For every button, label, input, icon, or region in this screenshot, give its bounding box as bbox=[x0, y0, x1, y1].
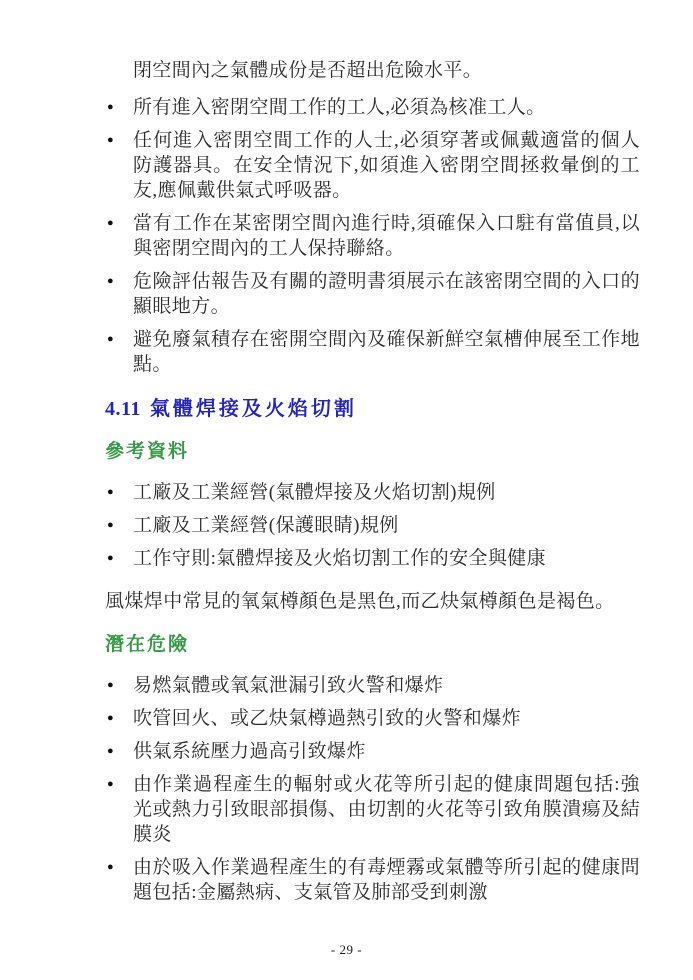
bullet-icon: ● bbox=[105, 546, 133, 571]
page-footer: - 29 - bbox=[0, 942, 693, 958]
bullet-text: 當有工作在某密閉空間內進行時,須確保入口駐有當值員,以與密閉空間內的工人保持聯絡… bbox=[133, 211, 640, 261]
bullet-icon: ● bbox=[105, 673, 133, 698]
bullet-item: ● 吹管回火、或乙炔氣樽過熱引致的火警和爆炸 bbox=[105, 706, 640, 731]
page-number: - 29 - bbox=[331, 942, 362, 957]
bullet-item: ● 危險評估報告及有關的證明書須展示在該密閉空間的入口的顯眼地方。 bbox=[105, 269, 640, 319]
bullet-text: 工廠及工業經營(保護眼睛)規例 bbox=[133, 513, 640, 538]
reference-heading: 參考資料 bbox=[105, 439, 640, 464]
bullet-text: 易燃氣體或氧氣泄漏引致火警和爆炸 bbox=[133, 673, 640, 698]
bullet-text: 由於吸入作業過程產生的有毒煙霧或氣體等所引起的健康問題包括:金屬熱病、支氣管及肺… bbox=[133, 855, 640, 905]
bullet-icon: ● bbox=[105, 739, 133, 764]
bullet-icon: ● bbox=[105, 211, 133, 236]
body-paragraph: 風煤焊中常見的氧氣樽顏色是黑色,而乙炔氣樽顏色是褐色。 bbox=[105, 589, 640, 614]
bullet-item: ● 所有進入密閉空間工作的工人,必須為核准工人。 bbox=[105, 95, 640, 120]
bullet-text: 任何進入密閉空間工作的人士,必須穿著或佩戴適當的個人防護器具。在安全情況下,如須… bbox=[133, 128, 640, 203]
hazards-heading: 潛在危險 bbox=[105, 632, 640, 657]
bullet-icon: ● bbox=[105, 327, 133, 352]
continuation-text: 閉空間內之氣體成份是否超出危險水平。 bbox=[105, 58, 640, 83]
bullet-text: 吹管回火、或乙炔氣樽過熱引致的火警和爆炸 bbox=[133, 706, 640, 731]
bullet-item: ● 工作守則:氣體焊接及火焰切割工作的安全與健康 bbox=[105, 546, 640, 571]
bullet-text: 工作守則:氣體焊接及火焰切割工作的安全與健康 bbox=[133, 546, 640, 571]
bullet-text: 工廠及工業經營(氣體焊接及火焰切割)規例 bbox=[133, 480, 640, 505]
section-title: 氣體焊接及火焰切割 bbox=[150, 398, 357, 420]
bullet-icon: ● bbox=[105, 772, 133, 797]
bullet-icon: ● bbox=[105, 855, 133, 880]
bullet-item: ● 易燃氣體或氧氣泄漏引致火警和爆炸 bbox=[105, 673, 640, 698]
bullet-item: ● 由作業過程產生的輻射或火花等所引起的健康問題包括:強光或熱力引致眼部損傷、由… bbox=[105, 772, 640, 847]
bullet-text: 供氣系統壓力過高引致爆炸 bbox=[133, 739, 640, 764]
bullet-icon: ● bbox=[105, 128, 133, 153]
bullet-text: 由作業過程產生的輻射或火花等所引起的健康問題包括:強光或熱力引致眼部損傷、由切割… bbox=[133, 772, 640, 847]
bullet-text: 所有進入密閉空間工作的工人,必須為核准工人。 bbox=[133, 95, 640, 120]
bullet-text: 危險評估報告及有關的證明書須展示在該密閉空間的入口的顯眼地方。 bbox=[133, 269, 640, 319]
section-heading: 4.11氣體焊接及火焰切割 bbox=[105, 395, 640, 423]
section-number: 4.11 bbox=[105, 398, 141, 420]
bullet-item: ● 避免廢氣積存在密開空間內及確保新鮮空氣槽伸展至工作地點。 bbox=[105, 327, 640, 377]
bullet-item: ● 當有工作在某密閉空間內進行時,須確保入口駐有當值員,以與密閉空間內的工人保持… bbox=[105, 211, 640, 261]
bullet-item: ● 由於吸入作業過程產生的有毒煙霧或氣體等所引起的健康問題包括:金屬熱病、支氣管… bbox=[105, 855, 640, 905]
bullet-item: ● 工廠及工業經營(保護眼睛)規例 bbox=[105, 513, 640, 538]
bullet-item: ● 任何進入密閉空間工作的人士,必須穿著或佩戴適當的個人防護器具。在安全情況下,… bbox=[105, 128, 640, 203]
bullet-icon: ● bbox=[105, 480, 133, 505]
bullet-text: 避免廢氣積存在密開空間內及確保新鮮空氣槽伸展至工作地點。 bbox=[133, 327, 640, 377]
bullet-icon: ● bbox=[105, 706, 133, 731]
bullet-icon: ● bbox=[105, 95, 133, 120]
bullet-icon: ● bbox=[105, 269, 133, 294]
bullet-item: ● 供氣系統壓力過高引致爆炸 bbox=[105, 739, 640, 764]
bullet-icon: ● bbox=[105, 513, 133, 538]
bullet-item: ● 工廠及工業經營(氣體焊接及火焰切割)規例 bbox=[105, 480, 640, 505]
document-page: 閉空間內之氣體成份是否超出危險水平。 ● 所有進入密閉空間工作的工人,必須為核准… bbox=[0, 0, 693, 980]
